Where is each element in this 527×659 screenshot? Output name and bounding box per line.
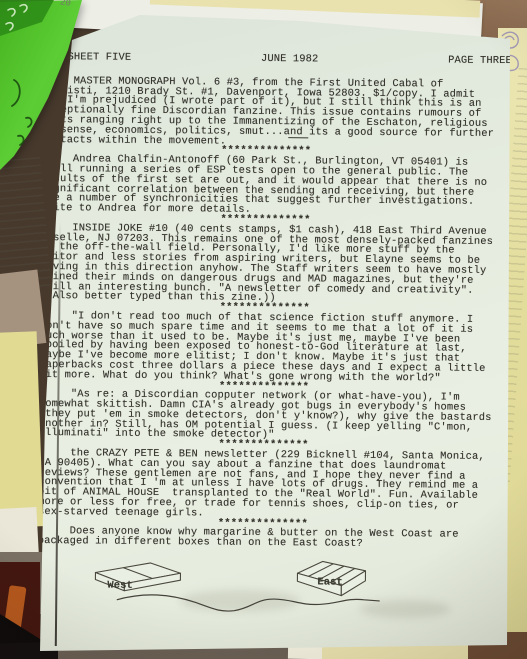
paragraph-andrea-esp: Andrea Chalfin-Antonoff (60 Park St., Bu…	[41, 155, 511, 218]
pencil-margin-note: 20	[59, 0, 71, 9]
green-flyer-paper	[0, 0, 100, 182]
underline-mark	[288, 137, 308, 138]
paragraph-margarine-question: Does anyone know why margarine & butter …	[38, 527, 508, 551]
paragraph-science-fiction-quote: "I don't read too much of that science f…	[39, 312, 510, 385]
paragraph-computer-network-quote: "As re: a Discordian copputer network (o…	[39, 390, 509, 443]
page-text-block: FACTSHEET FIVE JUNE 1982 PAGE THREE MAST…	[37, 53, 512, 639]
wavy-line-drawing	[115, 590, 383, 618]
page-header: FACTSHEET FIVE JUNE 1982 PAGE THREE	[42, 53, 512, 67]
zine-page: FACTSHEET FIVE JUNE 1982 PAGE THREE MAST…	[30, 0, 527, 659]
yellow-paper-left	[0, 331, 43, 527]
issue-date: JUNE 1982	[261, 55, 318, 65]
photo-canvas: FACTSHEET FIVE JUNE 1982 PAGE THREE MAST…	[0, 0, 527, 659]
page-number: PAGE THREE	[448, 57, 512, 67]
paragraph-crazy-pete-ben: the CRAZY PETE & BEN newsletter (229 Bic…	[38, 449, 509, 522]
page-body: MASTER MONOGRAPH Vol. 6 #3, from the Fir…	[38, 77, 512, 551]
east-label: East	[317, 578, 343, 588]
butter-box-drawings: West East	[37, 557, 508, 639]
paragraph-inside-joke: INSIDE JOKE #10 (40 cents stamps, $1 cas…	[40, 224, 511, 306]
paragraph-master-monograph: MASTER MONOGRAPH Vol. 6 #3, from the Fir…	[41, 77, 512, 150]
